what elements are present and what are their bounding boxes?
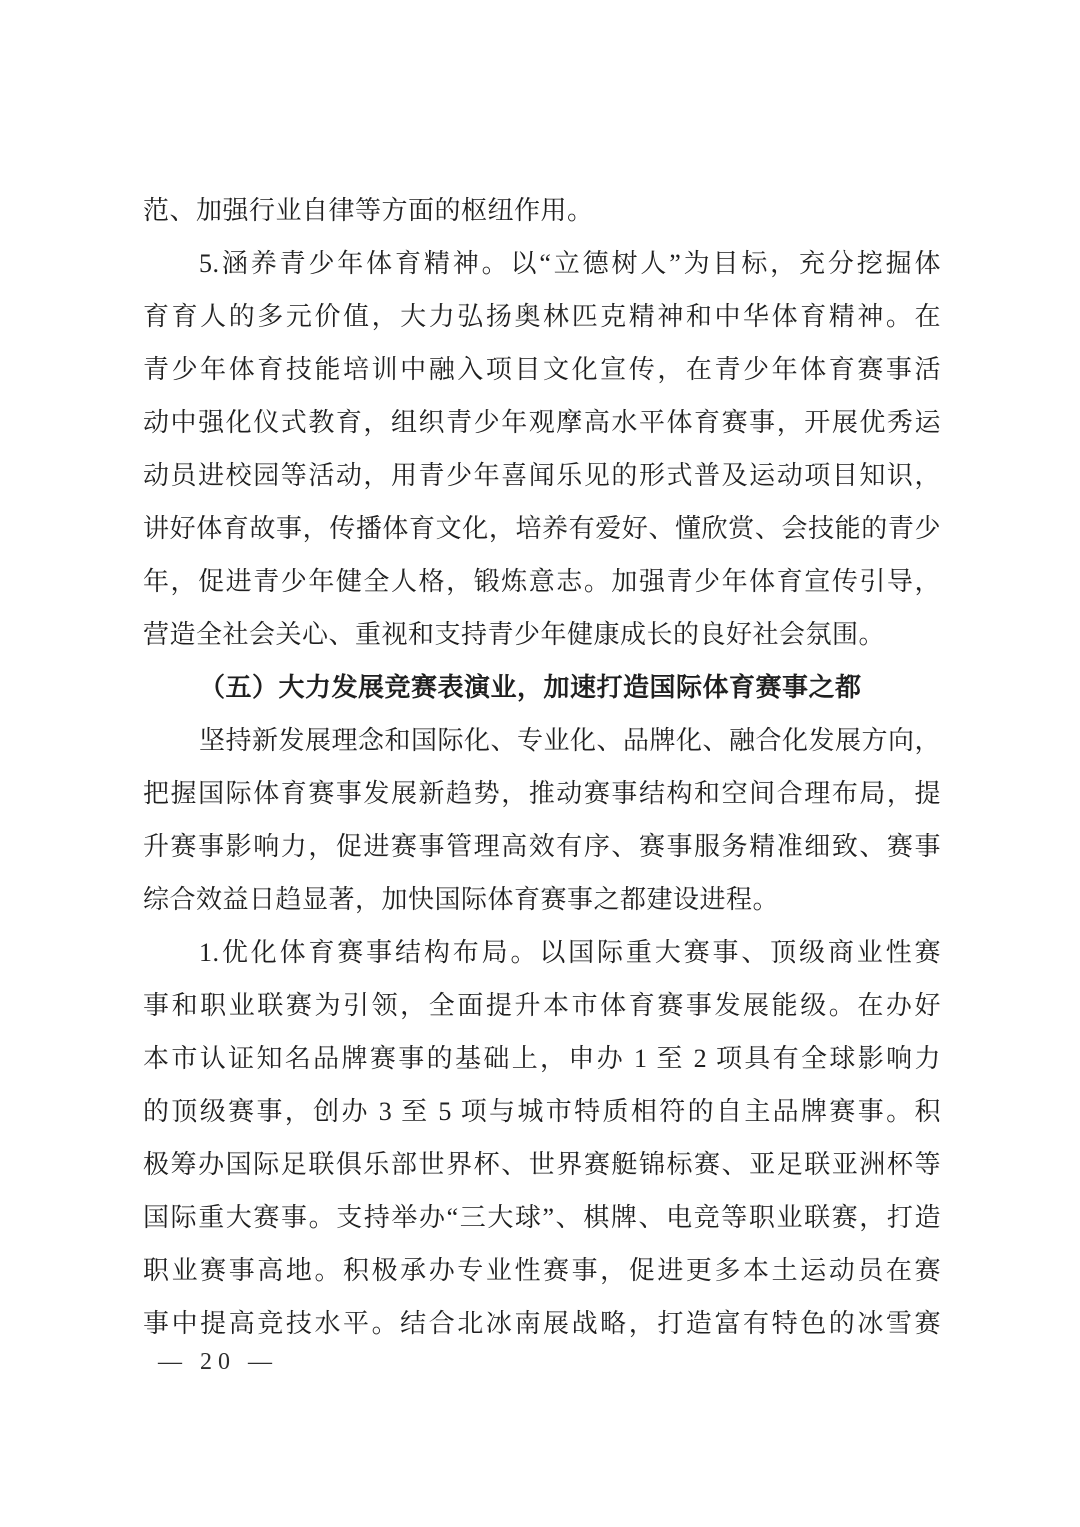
text-line: 职业赛事高地。积极承办专业性赛事，促进更多本土运动员在赛 bbox=[143, 1244, 941, 1297]
text-line: 讲好体育故事，传播体育文化，培养有爱好、懂欣赏、会技能的青少 bbox=[143, 502, 941, 555]
text-line: 把握国际体育赛事发展新趋势，推动赛事结构和空间合理布局，提 bbox=[143, 767, 941, 820]
text-line: 范、加强行业自律等方面的枢纽作用。 bbox=[143, 184, 941, 237]
text-line: 5.涵养青少年体育精神。以“立德树人”为目标，充分挖掘体 bbox=[143, 237, 941, 290]
text-line: 营造全社会关心、重视和支持青少年健康成长的良好社会氛围。 bbox=[143, 608, 941, 661]
page-number: — 20 — bbox=[158, 1349, 278, 1376]
section-heading: （五）大力发展竞赛表演业，加速打造国际体育赛事之都 bbox=[143, 661, 941, 714]
text-line: 极筹办国际足联俱乐部世界杯、世界赛艇锦标赛、亚足联亚洲杯等 bbox=[143, 1138, 941, 1191]
text-line: 青少年体育技能培训中融入项目文化宣传，在青少年体育赛事活 bbox=[143, 343, 941, 396]
text-line: 动中强化仪式教育，组织青少年观摩高水平体育赛事，开展优秀运 bbox=[143, 396, 941, 449]
text-line: 本市认证知名品牌赛事的基础上，申办 1 至 2 项具有全球影响力 bbox=[143, 1032, 941, 1085]
document-page: 范、加强行业自律等方面的枢纽作用。5.涵养青少年体育精神。以“立德树人”为目标，… bbox=[0, 0, 1080, 1527]
text-line: 事和职业联赛为引领，全面提升本市体育赛事发展能级。在办好 bbox=[143, 979, 941, 1032]
text-line: 1.优化体育赛事结构布局。以国际重大赛事、顶级商业性赛 bbox=[143, 926, 941, 979]
text-line: 国际重大赛事。支持举办“三大球”、棋牌、电竞等职业联赛，打造 bbox=[143, 1191, 941, 1244]
text-line: 育育人的多元价值，大力弘扬奥林匹克精神和中华体育精神。在 bbox=[143, 290, 941, 343]
text-line: 年，促进青少年健全人格，锻炼意志。加强青少年体育宣传引导， bbox=[143, 555, 941, 608]
text-line: 坚持新发展理念和国际化、专业化、品牌化、融合化发展方向， bbox=[143, 714, 941, 767]
text-line: 综合效益日趋显著，加快国际体育赛事之都建设进程。 bbox=[143, 873, 941, 926]
document-lines: 范、加强行业自律等方面的枢纽作用。5.涵养青少年体育精神。以“立德树人”为目标，… bbox=[143, 184, 941, 1350]
text-line: 事中提高竞技水平。结合北冰南展战略，打造富有特色的冰雪赛 bbox=[143, 1297, 941, 1350]
text-line: 升赛事影响力，促进赛事管理高效有序、赛事服务精准细致、赛事 bbox=[143, 820, 941, 873]
text-line: 动员进校园等活动，用青少年喜闻乐见的形式普及运动项目知识， bbox=[143, 449, 941, 502]
text-line: 的顶级赛事，创办 3 至 5 项与城市特质相符的自主品牌赛事。积 bbox=[143, 1085, 941, 1138]
